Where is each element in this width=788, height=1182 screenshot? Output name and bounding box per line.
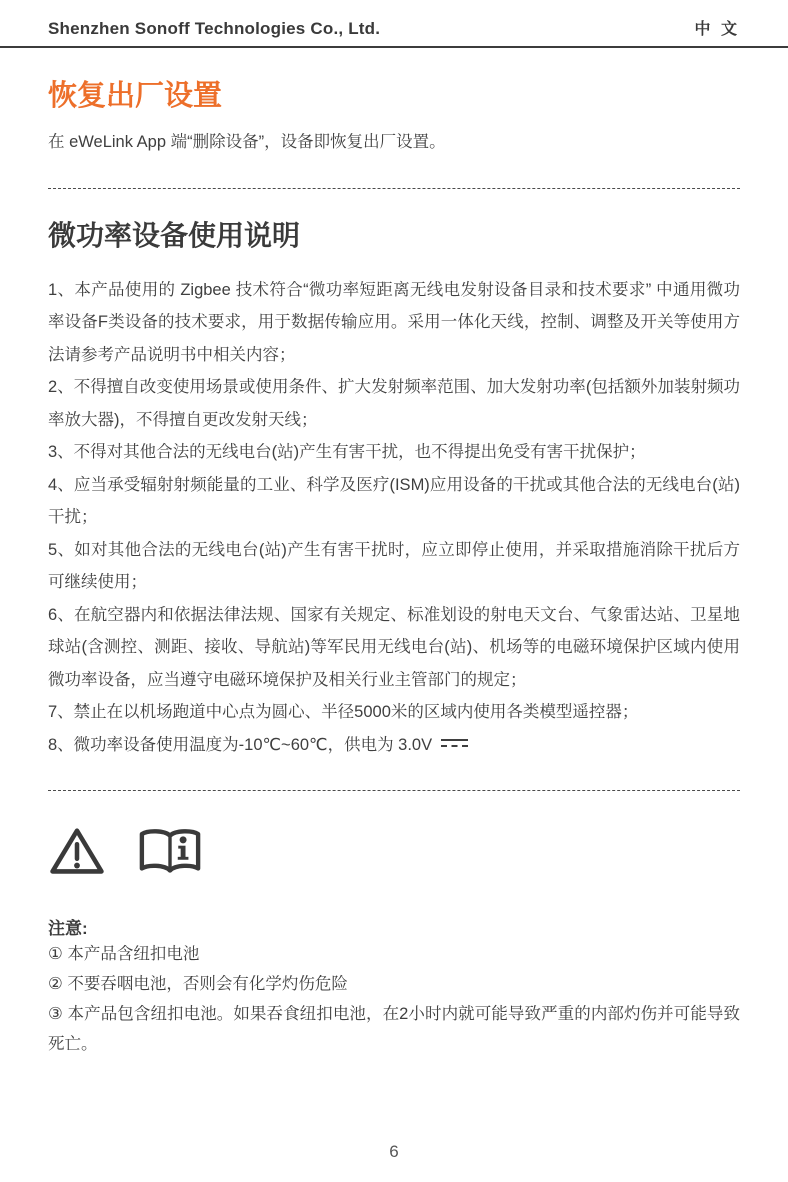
rule-item-8-text: 8、微功率设备使用温度为-10℃~60℃，供电为 3.0V bbox=[48, 736, 432, 754]
rule-item-4: 4、应当承受辐射射频能量的工业、科学及医疗(ISM)应用设备的干扰或其他合法的无… bbox=[48, 469, 740, 534]
header-divider bbox=[0, 46, 788, 48]
page-content: 恢复出厂设置 在 eWeLink App 端“删除设备”，设备即恢复出厂设置。 … bbox=[0, 79, 788, 1059]
safety-icons bbox=[48, 825, 740, 878]
notice-title: 注意: bbox=[48, 914, 740, 939]
rule-item-3: 3、不得对其他合法的无线电台(站)产生有害干扰，也不得提出免受有害干扰保护； bbox=[48, 436, 740, 469]
rule-item-7: 7、禁止在以机场跑道中心点为圆心、半径5000米的区域内使用各类模型遥控器； bbox=[48, 696, 740, 729]
rule-item-1: 1、本产品使用的 Zigbee 技术符合“微功率短距离无线电发射设备目录和技术要… bbox=[48, 274, 740, 372]
company-name: Shenzhen Sonoff Technologies Co., Ltd. bbox=[48, 19, 380, 39]
factory-reset-title: 恢复出厂设置 bbox=[48, 79, 740, 114]
micro-power-title: 微功率设备使用说明 bbox=[48, 219, 740, 253]
rule-item-8: 8、微功率设备使用温度为-10℃~60℃，供电为 3.0V bbox=[48, 729, 740, 762]
micro-power-rules: 1、本产品使用的 Zigbee 技术符合“微功率短距离无线电发射设备目录和技术要… bbox=[48, 274, 740, 762]
page-number: 6 bbox=[0, 1142, 788, 1162]
rule-item-6: 6、在航空器内和依据法律法规、国家有关规定、标准划设的射电天文台、气象雷达站、卫… bbox=[48, 599, 740, 697]
notice-item-1: ① 本产品含纽扣电池 bbox=[48, 939, 740, 969]
dashed-divider-1 bbox=[48, 188, 740, 189]
notice-item-2: ② 不要吞咽电池，否则会有化学灼伤危险 bbox=[48, 969, 740, 999]
notice-section: 注意: ① 本产品含纽扣电池 ② 不要吞咽电池，否则会有化学灼伤危险 ③ 本产品… bbox=[48, 914, 740, 1059]
notice-item-3: ③ 本产品包含纽扣电池。如果吞食纽扣电池，在2小时内就可能导致严重的内部灼伤并可… bbox=[48, 999, 740, 1059]
language-label: 中 文 bbox=[695, 16, 740, 39]
warning-triangle-icon bbox=[48, 825, 106, 878]
rule-item-2: 2、不得擅自改变使用场景或使用条件、扩大发射频率范围、加大发射功率(包括额外加装… bbox=[48, 371, 740, 436]
factory-reset-body: 在 eWeLink App 端“删除设备”，设备即恢复出厂设置。 bbox=[48, 129, 740, 155]
rule-item-5: 5、如对其他合法的无线电台(站)产生有害干扰时，应立即停止使用，并采取措施消除干… bbox=[48, 534, 740, 599]
page-header: Shenzhen Sonoff Technologies Co., Ltd. 中… bbox=[0, 0, 788, 46]
dashed-divider-2 bbox=[48, 790, 740, 791]
read-manual-icon bbox=[138, 827, 202, 877]
dc-voltage-icon bbox=[441, 739, 468, 747]
